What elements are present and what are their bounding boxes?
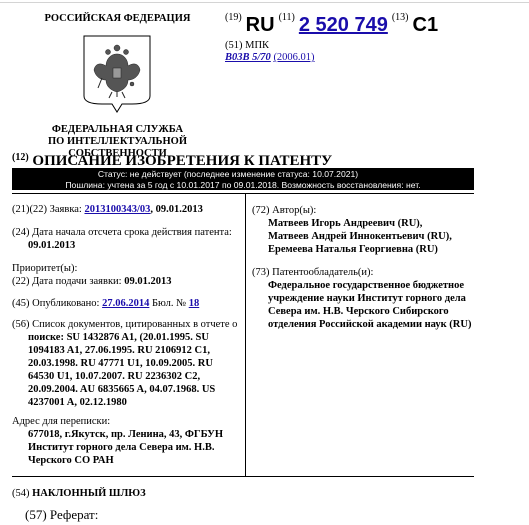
title-code: (12) bbox=[12, 152, 29, 163]
ipc-code-link[interactable]: B03B 5/70 bbox=[225, 52, 271, 63]
owner-field: (73) Патентообладатель(и): Федеральное г… bbox=[252, 266, 474, 331]
table-top-border bbox=[12, 193, 474, 194]
ipc-version-link[interactable]: (2006.01) bbox=[273, 52, 314, 63]
address-field: Адрес для переписки: 677018, г.Якутск, п… bbox=[12, 415, 242, 467]
published-date-link[interactable]: 27.06.2014 bbox=[102, 298, 149, 309]
citations-field: (56) Список документов, цитированных в о… bbox=[12, 318, 242, 409]
coat-of-arms-icon bbox=[82, 34, 152, 114]
filing-date-label: (22) Дата подачи заявки: bbox=[12, 276, 124, 287]
code-13: (13) bbox=[392, 12, 409, 23]
term-start-label: (24) Дата начала отсчета срока действия … bbox=[12, 226, 242, 239]
code-19: (19) bbox=[225, 12, 242, 23]
country-name: РОССИЙСКАЯ ФЕДЕРАЦИЯ bbox=[0, 13, 235, 24]
application-label: (21)(22) Заявка: bbox=[12, 204, 84, 215]
authors-field: (72) Автор(ы): Матвеев Игорь Андреевич (… bbox=[252, 204, 474, 256]
author-1: Матвеев Игорь Андреевич (RU), bbox=[268, 218, 422, 229]
fee-line: Пошлина: учтена за 5 год с 10.01.2017 по… bbox=[12, 180, 474, 191]
term-start-field: (24) Дата начала отсчета срока действия … bbox=[12, 226, 242, 252]
abstract-label: (57) Реферат: bbox=[25, 507, 98, 523]
ipc-classification: B03B 5/70 (2006.01) bbox=[225, 52, 315, 63]
owner-value: Федеральное государственное бюджетное уч… bbox=[268, 280, 471, 330]
bulletin-number-link[interactable]: 18 bbox=[189, 298, 200, 309]
page-top-border bbox=[0, 2, 529, 3]
application-date: , 09.01.2013 bbox=[150, 204, 203, 215]
priority-field: Приоритет(ы): (22) Дата подачи заявки: 0… bbox=[12, 262, 242, 288]
code-11: (11) bbox=[279, 12, 295, 23]
application-field: (21)(22) Заявка: 2013100343/03, 09.01.20… bbox=[12, 203, 242, 216]
publication-number-line: (19) RU (11) 2 520 749 (13) C1 bbox=[225, 14, 438, 37]
author-3: Еремеева Наталья Георгиевна (RU) bbox=[268, 244, 438, 255]
citations-label: (56) Список документов, цитированных в о… bbox=[12, 318, 242, 331]
status-line: Статус: не действует (последнее изменени… bbox=[0, 169, 474, 180]
priority-label: Приоритет(ы): bbox=[12, 262, 242, 275]
application-number-link[interactable]: 2013100343/03 bbox=[84, 204, 150, 215]
bulletin-label: Бюл. № bbox=[149, 298, 188, 309]
ipc-label: (51) МПК bbox=[225, 40, 269, 51]
term-start-value: 09.01.2013 bbox=[28, 240, 75, 251]
published-label: (45) Опубликовано: bbox=[12, 298, 102, 309]
status-bar: Статус: не действует (последнее изменени… bbox=[12, 168, 474, 190]
filing-date-value: 09.01.2013 bbox=[124, 276, 171, 287]
citations-value: поиске: SU 1432876 A1, (20.01.1995. SU 1… bbox=[28, 332, 215, 408]
owner-label: (73) Патентообладатель(и): bbox=[252, 266, 474, 279]
column-divider bbox=[245, 193, 246, 477]
patent-number-link[interactable]: 2 520 749 bbox=[299, 14, 388, 36]
kind-code: C1 bbox=[413, 14, 439, 36]
authors-label: (72) Автор(ы): bbox=[252, 204, 474, 217]
author-2: Матвеев Андрей Иннокентьевич (RU), bbox=[268, 231, 452, 242]
table-bottom-border bbox=[12, 476, 474, 477]
address-label: Адрес для переписки: bbox=[12, 415, 242, 428]
invention-title: (54) НАКЛОННЫЙ ШЛЮЗ bbox=[12, 488, 146, 499]
invention-title-text: НАКЛОННЫЙ ШЛЮЗ bbox=[32, 488, 146, 499]
title-text: ОПИСАНИЕ ИЗОБРЕТЕНИЯ К ПАТЕНТУ bbox=[32, 153, 332, 169]
invention-code: (54) bbox=[12, 488, 32, 499]
address-value: 677018, г.Якутск, пр. Ленина, 43, ФГБУН … bbox=[28, 429, 223, 466]
published-field: (45) Опубликовано: 27.06.2014 Бюл. № 18 bbox=[12, 297, 242, 310]
agency-line-1: ФЕДЕРАЛЬНАЯ СЛУЖБА bbox=[0, 124, 235, 136]
country-code: RU bbox=[246, 14, 275, 36]
